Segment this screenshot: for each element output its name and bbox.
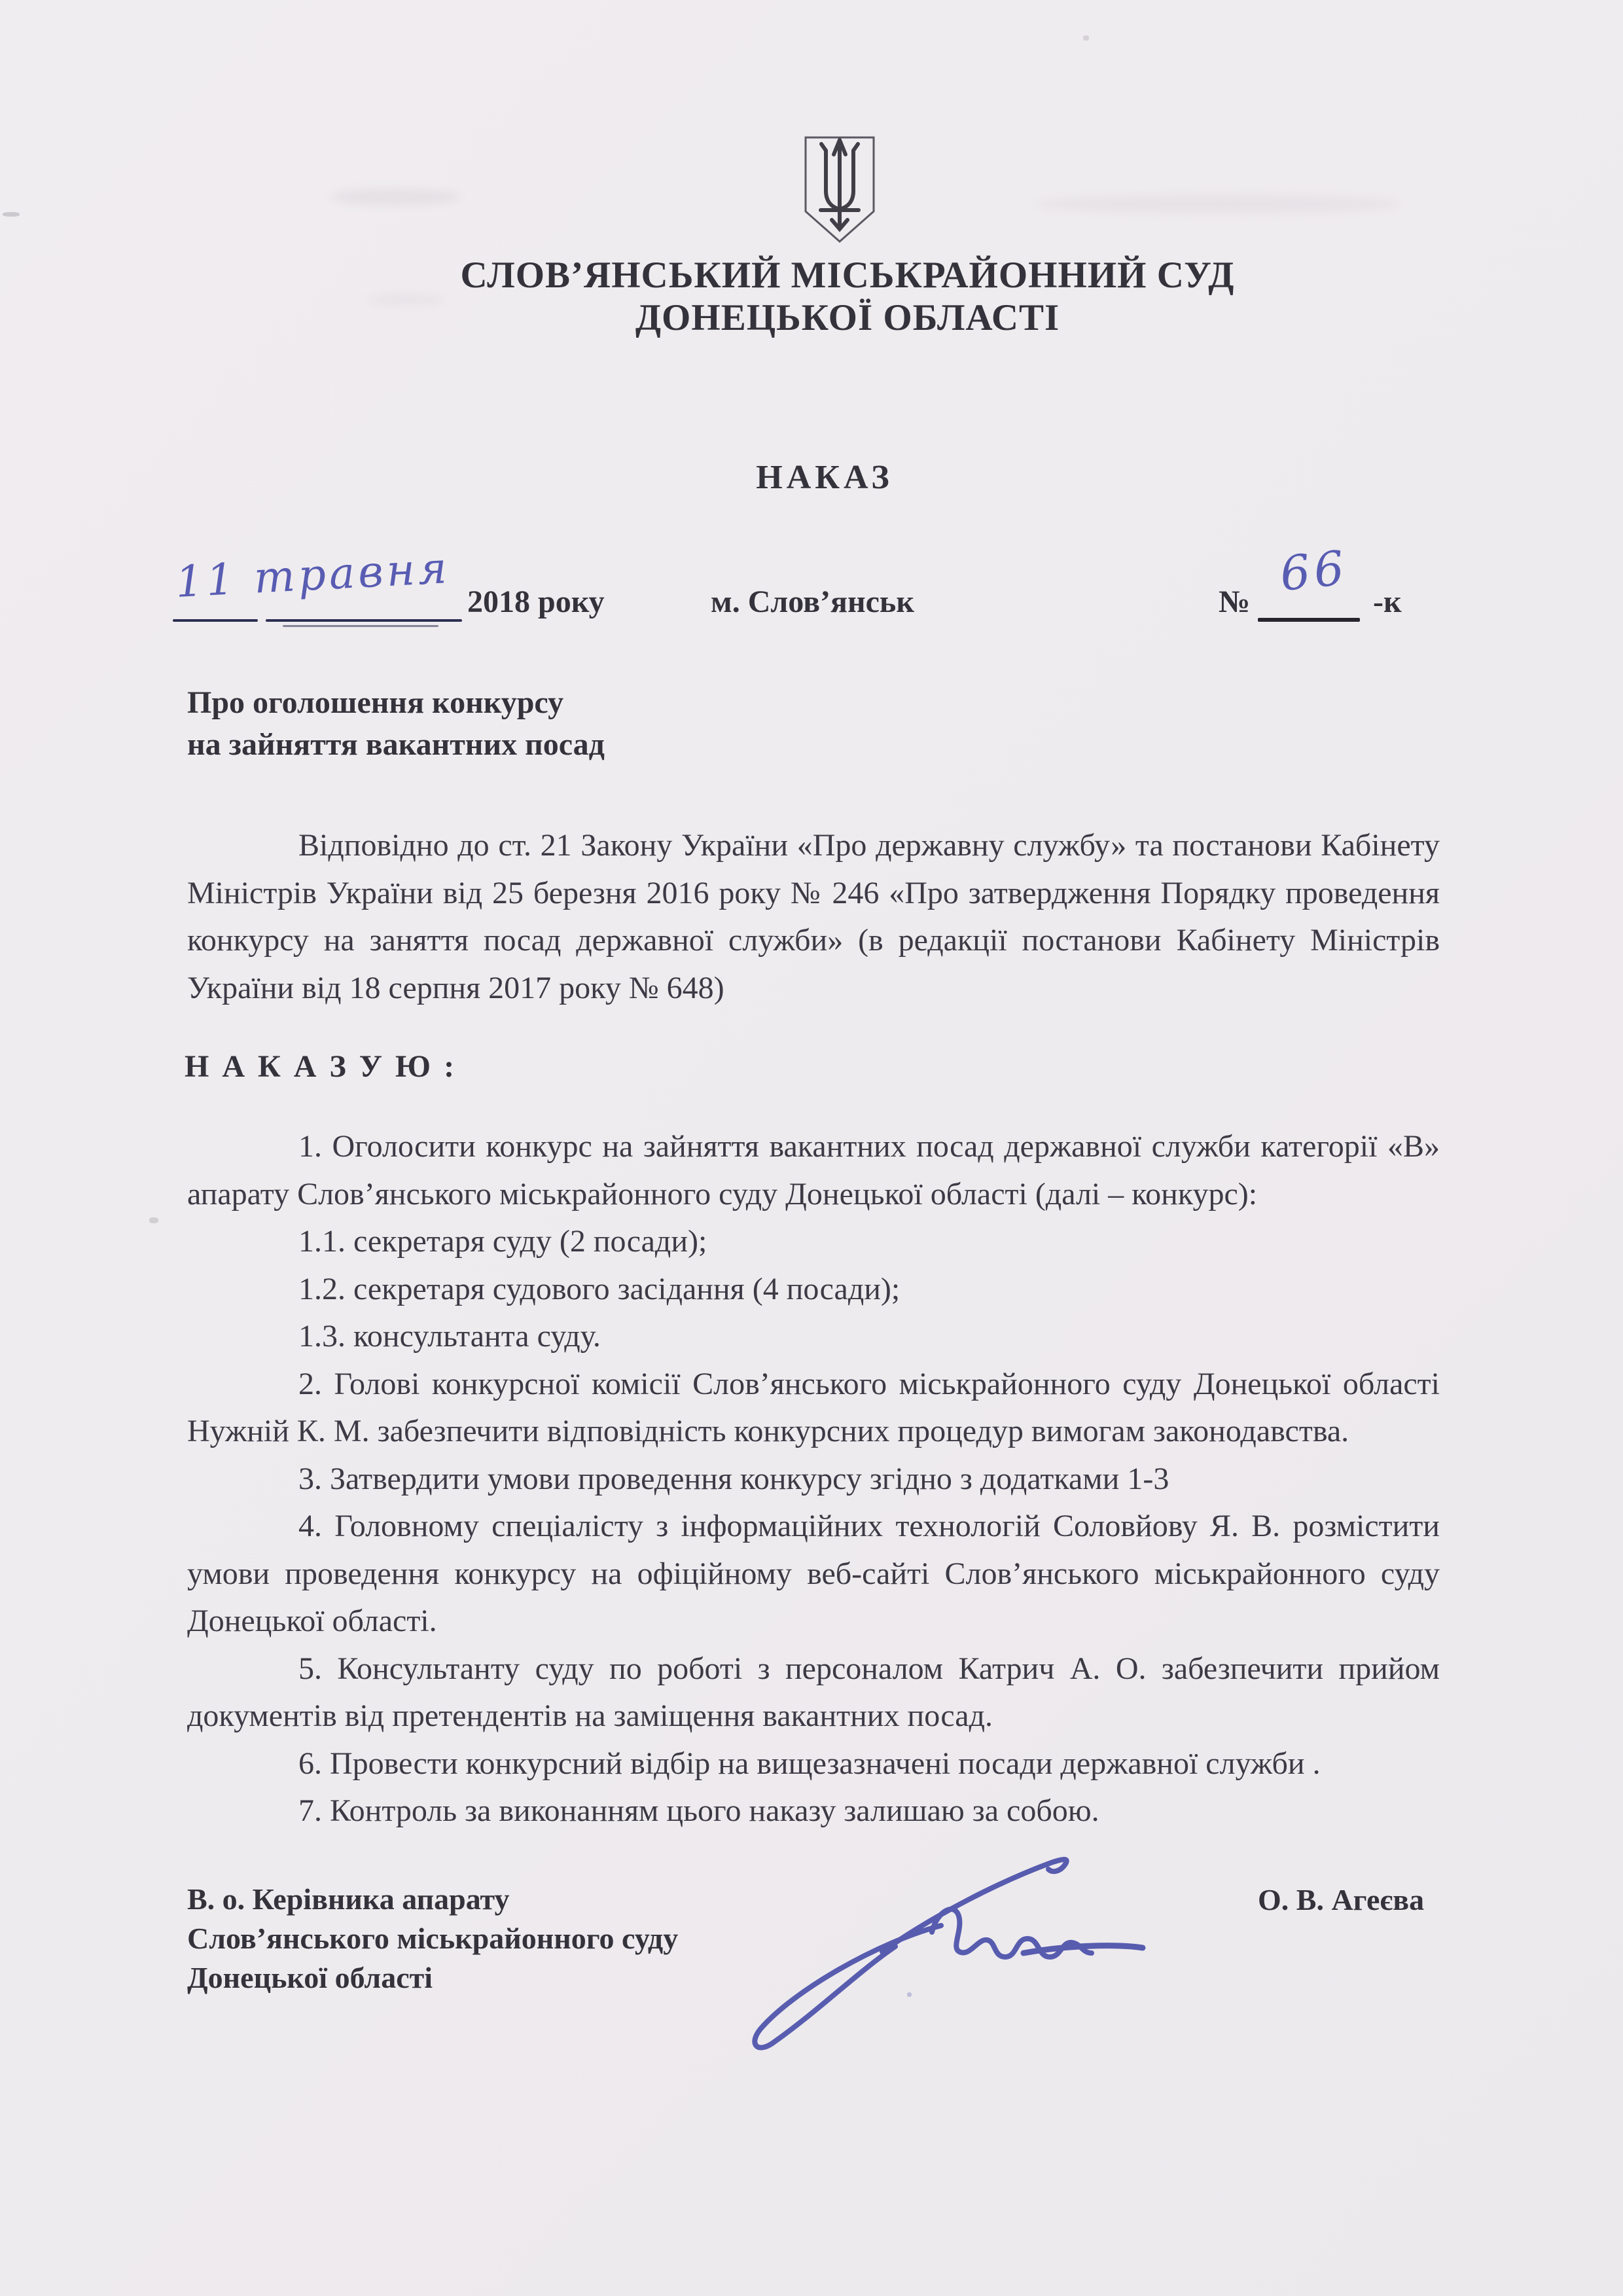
signatory-name: О. В. Агеєва (1258, 1882, 1424, 1917)
trident-shield-graphic (800, 134, 880, 246)
order-item-3: 3. Затвердити умови проведення конкурсу … (187, 1456, 1440, 1503)
subject-line2: на зайняття вакантних посад (187, 724, 605, 766)
printed-year-label: 2018 року (467, 584, 605, 620)
number-blank-underline (1258, 618, 1360, 622)
scan-smudge (1034, 195, 1400, 213)
order-item-1-2: 1.2. секретаря судового засідання (4 пос… (187, 1266, 1440, 1314)
signatory-position-line3: Донецької області (187, 1958, 678, 1998)
number-suffix: -к (1373, 584, 1402, 620)
date-blank-underline (283, 625, 438, 627)
scanned-order-page: СЛОВ’ЯНСЬКИЙ МІСЬКРАЙОННИЙ СУД ДОНЕЦЬКОЇ… (0, 0, 1623, 2296)
date-blank-underline (266, 619, 462, 622)
date-number-row: 11 травня 2018 року м. Слов’янськ № 66 -… (0, 556, 1623, 655)
scan-speck (1083, 35, 1089, 41)
decree-word: Н А К А З У Ю : (185, 1049, 457, 1085)
signatory-position-line1: В. о. Керівника апарату (187, 1880, 678, 1919)
order-item-1: 1. Оголосити конкурс на зайняття вакантн… (187, 1123, 1440, 1218)
city-label: м. Слов’янськ (711, 584, 914, 620)
court-name-line1: СЛОВ’ЯНСЬКИЙ МІСЬКРАЙОННИЙ СУД (36, 254, 1623, 296)
court-name-line2: ДОНЕЦЬКОЇ ОБЛАСТІ (36, 296, 1623, 339)
scan-smudge (330, 188, 461, 206)
order-item-1-1: 1.1. секретаря суду (2 посади); (187, 1218, 1440, 1266)
order-item-1-3: 1.3. консультанта суду. (187, 1313, 1440, 1361)
order-item-5: 5. Консультанту суду по роботі з персона… (187, 1645, 1440, 1740)
ukraine-coat-of-arms-icon (800, 134, 880, 246)
subject-line1: Про оголошення конкурсу (187, 682, 605, 724)
handwritten-order-number: 66 (1277, 540, 1351, 601)
handwritten-date: 11 травня (174, 543, 451, 607)
number-sign: № (1219, 584, 1250, 620)
date-blank-underline (173, 619, 258, 622)
scan-speck (3, 212, 20, 217)
order-item-4: 4. Головному спеціалісту з інформаційних… (187, 1503, 1440, 1645)
order-item-7: 7. Контроль за виконанням цього наказу з… (187, 1787, 1440, 1835)
order-subject: Про оголошення конкурсу на зайняття вака… (187, 682, 605, 766)
preamble-paragraph: Відповідно до ст. 21 Закону України «Про… (187, 822, 1440, 1012)
scan-speck (149, 1217, 158, 1223)
court-name: СЛОВ’ЯНСЬКИЙ МІСЬКРАЙОННИЙ СУД ДОНЕЦЬКОЇ… (36, 254, 1623, 339)
order-items: 1. Оголосити конкурс на зайняття вакантн… (187, 1123, 1440, 1835)
handwritten-signature (720, 1833, 1165, 2055)
document-type-title: НАКАЗ (13, 458, 1623, 497)
order-item-2: 2. Голові конкурсної комісії Слов’янсько… (187, 1361, 1440, 1456)
order-item-6: 6. Провести конкурсний відбір на вищезаз… (187, 1740, 1440, 1788)
signatory-position: В. о. Керівника апарату Слов’янського мі… (187, 1880, 678, 1998)
signatory-position-line2: Слов’янського міськрайонного суду (187, 1919, 678, 1958)
